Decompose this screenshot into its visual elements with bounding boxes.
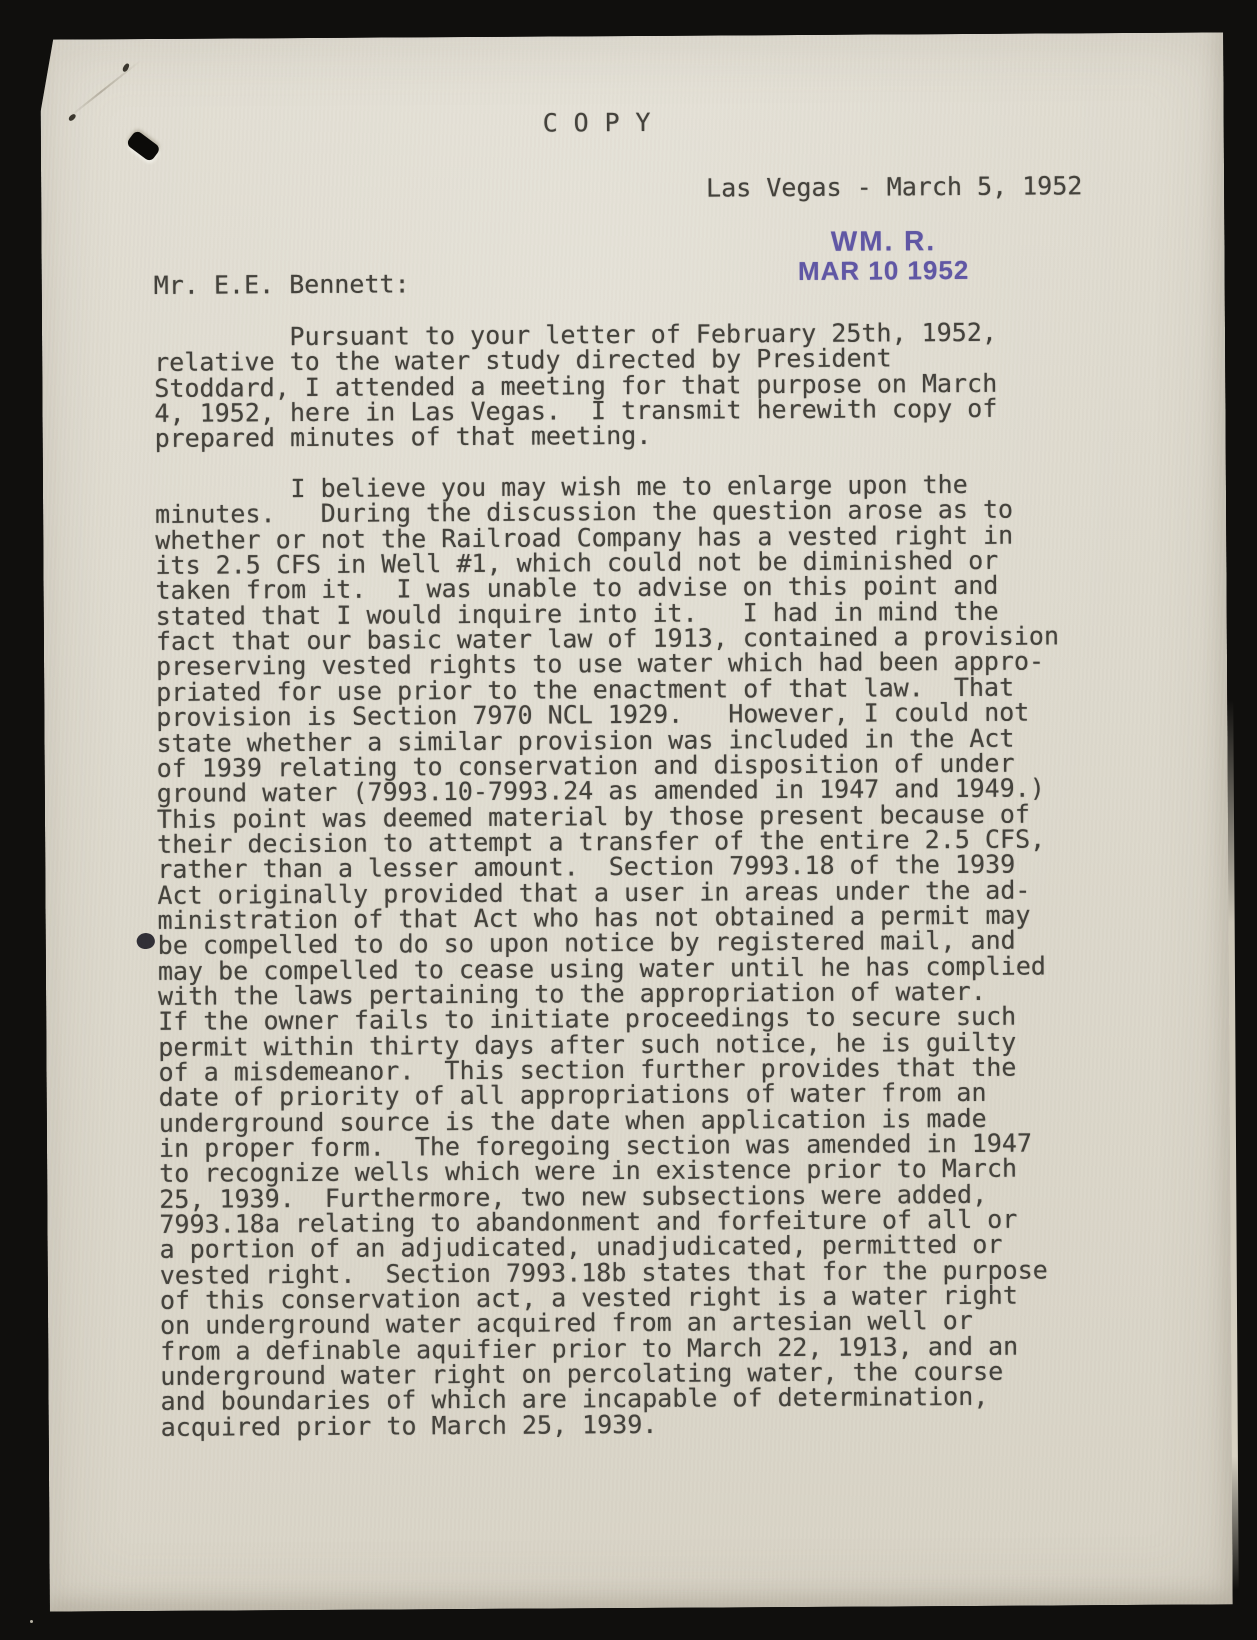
- text-line: prepared minutes of that meeting.: [155, 421, 1058, 452]
- paper-sheet: C O P Y Las Vegas - March 5, 1952 WM. R.…: [40, 32, 1233, 1611]
- text-line: acquired prior to March 25, 1939.: [161, 1409, 1064, 1440]
- ink-blot: [135, 931, 156, 951]
- copy-label: C O P Y: [543, 110, 651, 136]
- crease-mark: [68, 60, 141, 119]
- stamp-date-line: MAR 10 1952: [794, 256, 974, 285]
- paragraph-1: Pursuant to your letter of February 25th…: [154, 319, 1058, 451]
- dust-speck: [30, 1620, 33, 1623]
- scan-background: C O P Y Las Vegas - March 5, 1952 WM. R.…: [0, 0, 1257, 1640]
- received-stamp: WM. R. MAR 10 1952: [793, 226, 973, 285]
- salutation: Mr. E.E. Bennett:: [154, 271, 410, 298]
- stamp-name-line: WM. R.: [793, 226, 973, 257]
- punch-hole: [126, 130, 162, 163]
- dateline: Las Vegas - March 5, 1952: [706, 173, 1082, 201]
- letter-body: Pursuant to your letter of February 25th…: [154, 319, 1064, 1440]
- paragraph-2: I believe you may wish me to enlarge upo…: [155, 471, 1064, 1440]
